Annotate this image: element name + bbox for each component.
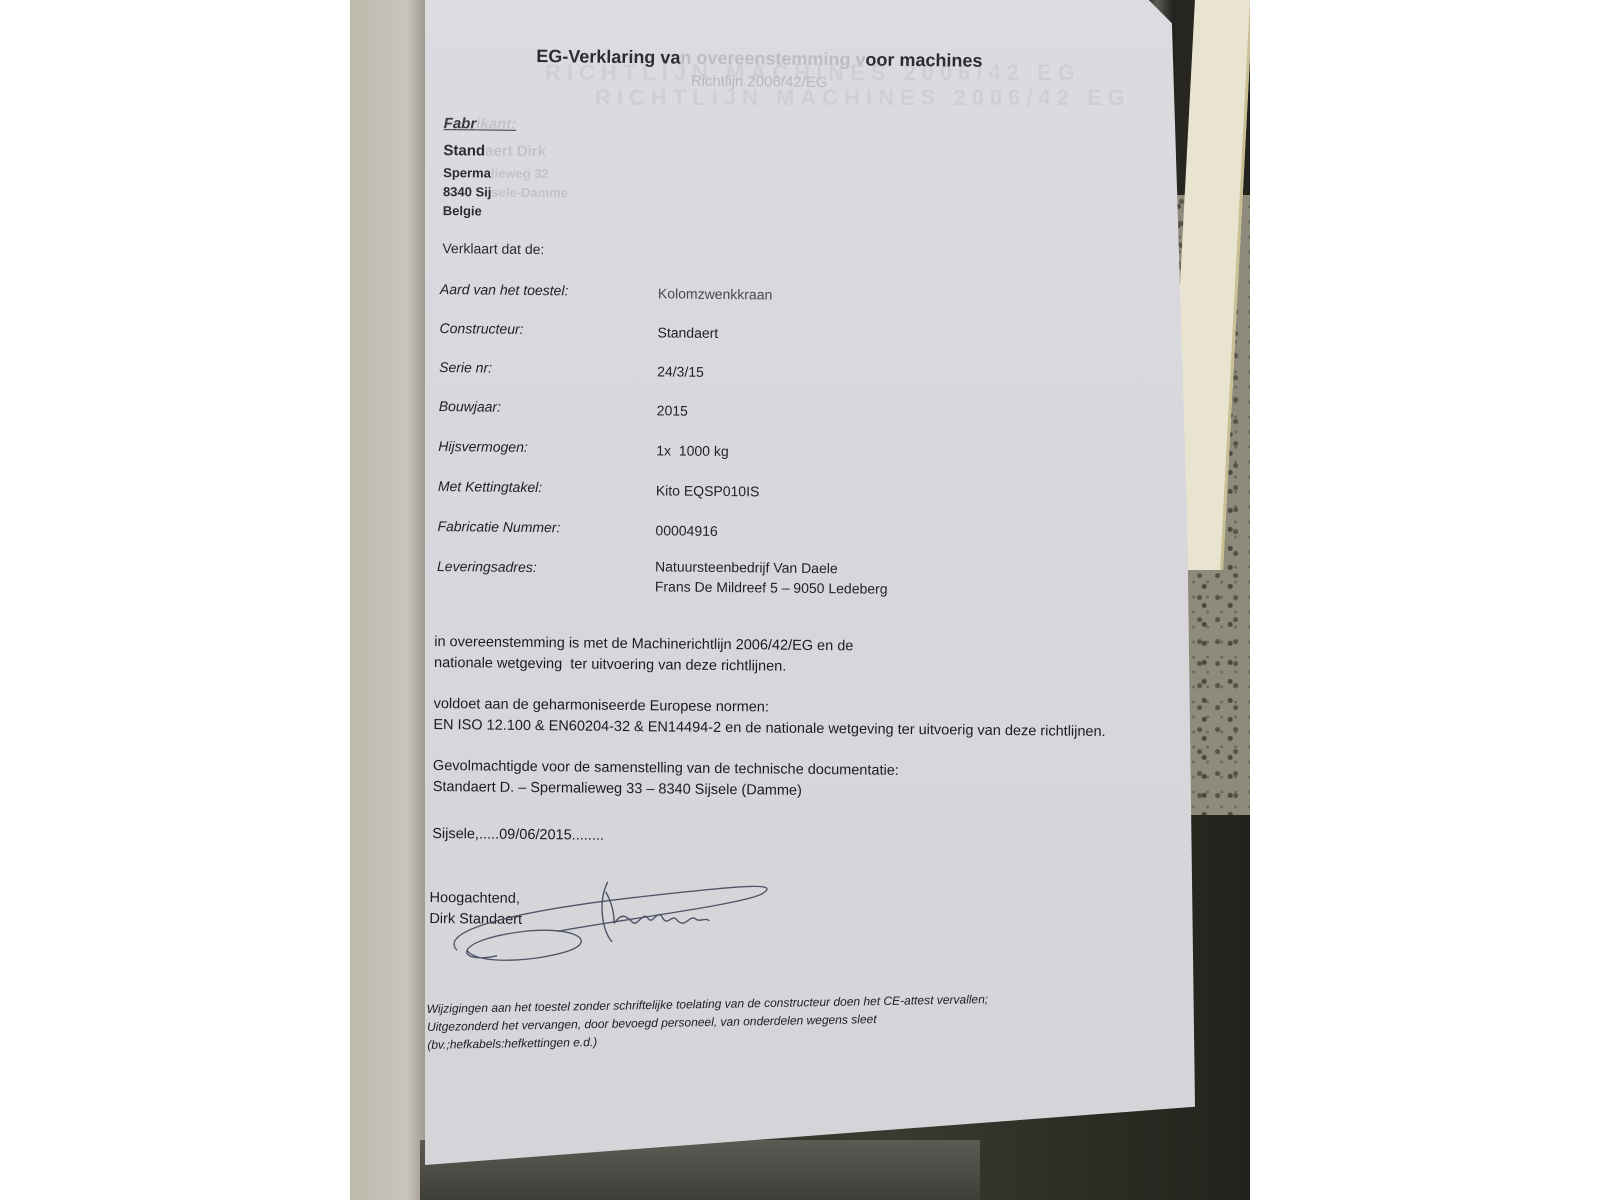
- declaration-page: RICHTLIJN MACHINES 2006/42 EG RICHTLIJN …: [425, 0, 1195, 1165]
- manufacturer-heading: Fabrikant:: [444, 115, 517, 133]
- field-row-build-year: Bouwjaar: 2015: [439, 398, 999, 404]
- norms-paragraph: voldoet aan de geharmoniseerde Europese …: [433, 694, 1106, 743]
- manufacturer-city-faded: sele-Damme: [491, 185, 568, 201]
- manufacturer-heading-faded: ikant:: [476, 115, 516, 132]
- field-row-fabrication-number: Fabricatie Nummer: 00004916: [438, 518, 998, 524]
- manufacturer-name-text: Stand: [443, 142, 485, 159]
- field-row-device-type: Aard van het toestel: Kolomzwenkkraan: [440, 281, 1000, 287]
- field-value: 00004916: [655, 520, 718, 541]
- handwritten-signature: [437, 870, 778, 974]
- paragraph-line: nationale wetgeving ter uitvoering van d…: [434, 653, 853, 678]
- field-label: Serie nr:: [439, 359, 492, 376]
- field-label: Hijsvermogen:: [438, 438, 528, 455]
- manufacturer-name: Standaert Dirk: [443, 142, 546, 160]
- document-title: EG-Verklaring van overeenstemming voor m…: [524, 46, 994, 72]
- field-label: Constructeur:: [439, 320, 523, 337]
- field-row-lifting-capacity: Hijsvermogen: 1x 1000 kg: [438, 438, 998, 444]
- document-photo: RICHTLIJN MACHINES 2006/42 EG RICHTLIJN …: [350, 0, 1250, 1200]
- declares-text: Verklaart dat de:: [442, 240, 544, 257]
- manufacturer-street-faded: lieweg 32: [491, 166, 549, 182]
- manufacturer-heading-text: Fabr: [444, 115, 477, 132]
- field-row-constructor: Constructeur: Standaert: [440, 320, 1000, 326]
- title-text: oor machines: [865, 49, 982, 70]
- page-content: EG-Verklaring van overeenstemming voor m…: [425, 0, 1177, 1173]
- field-row-delivery-address: Leveringsadres: Natuursteenbedrijf Van D…: [437, 558, 997, 564]
- field-value: Kolomzwenkkraan: [658, 283, 773, 304]
- manufacturer-city-text: 8340 Sij: [443, 184, 492, 200]
- field-value: 2015: [657, 400, 688, 420]
- place-date: Sijsele,.....09/06/2015........: [432, 824, 604, 847]
- footer-disclaimer: Wijzigingen aan het toestel zonder schri…: [427, 988, 1088, 1054]
- manufacturer-city: 8340 Sijsele-Damme: [443, 184, 568, 200]
- manufacturer-street: Spermalieweg 32: [443, 165, 549, 181]
- field-row-chain-hoist: Met Kettingtakel: Kito EQSP010IS: [438, 478, 998, 484]
- title-text: EG-Verklaring va: [536, 46, 680, 68]
- field-label: Leveringsadres:: [437, 558, 537, 575]
- delivery-address-line: Natuursteenbedrijf Van Daele: [655, 556, 888, 578]
- conformity-paragraph: in overeenstemming is met de Machinerich…: [434, 632, 854, 678]
- manufacturer-country: Belgie: [443, 203, 482, 218]
- field-value: Natuursteenbedrijf Van Daele Frans De Mi…: [655, 556, 888, 598]
- field-label: Aard van het toestel:: [440, 281, 569, 298]
- authorized-paragraph: Gevolmachtigde voor de samenstelling van…: [433, 756, 899, 803]
- manufacturer-name-faded: aert Dirk: [485, 143, 546, 161]
- field-label: Fabricatie Nummer:: [437, 518, 560, 535]
- field-row-serial: Serie nr: 24/3/15: [439, 359, 999, 365]
- document-subtitle: Richtlijn 2006/42/EG: [524, 71, 994, 93]
- field-value: Kito EQSP010IS: [656, 480, 760, 501]
- delivery-address-line: Frans De Mildreef 5 – 9050 Ledeberg: [655, 576, 888, 598]
- field-label: Met Kettingtakel:: [438, 478, 542, 495]
- field-value: 24/3/15: [657, 361, 704, 381]
- title-text-faded: n overeenstemming v: [680, 48, 865, 70]
- field-value: 1x 1000 kg: [656, 440, 729, 461]
- field-value: Standaert: [657, 322, 718, 343]
- field-label: Bouwjaar:: [439, 398, 501, 415]
- binder-page-edge: [350, 0, 430, 1200]
- manufacturer-street-text: Sperma: [443, 165, 491, 180]
